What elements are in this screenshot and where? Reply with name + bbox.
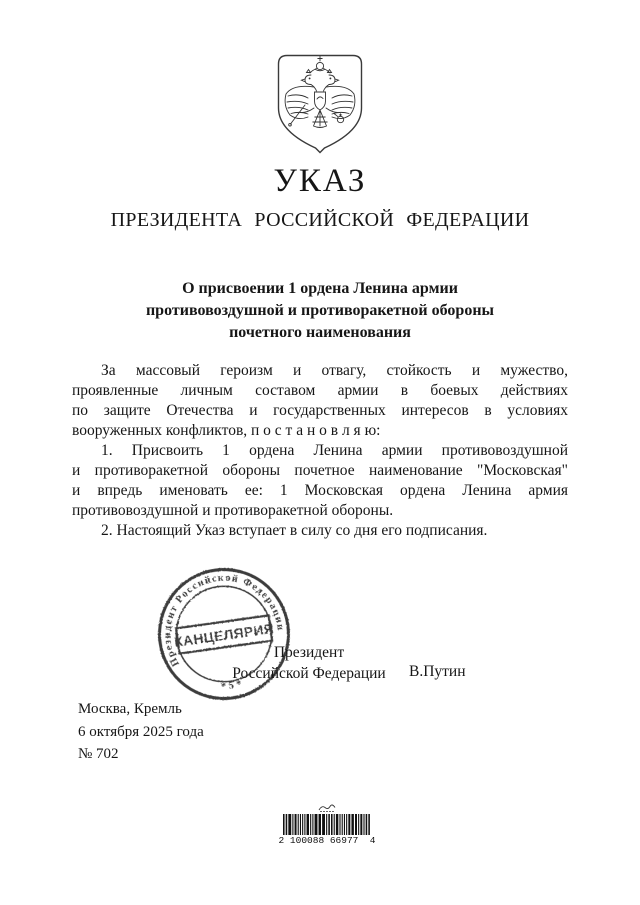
body-line: 2. Настоящий Указ вступает в силу со дня… [72,521,568,541]
doc-title-line: почетного наименования [0,322,640,344]
footer-place: Москва, Кремль [78,698,204,721]
signature-office-line: Российской Федерации [229,663,389,684]
body-line: и противоракетной обороны почетное наиме… [72,461,568,481]
russian-coat-of-arms-icon [277,54,363,154]
doc-footer: Москва, Кремль 6 октября 2025 года № 702 [78,698,204,766]
double-headed-eagle [285,57,355,128]
signature-name: В.Путин [409,663,466,681]
footer-number: № 702 [78,743,204,766]
doc-issuer-heading: ПРЕЗИДЕНТА РОССИЙСКОЙ ФЕДЕРАЦИИ [0,209,640,232]
footer-date: 6 октября 2025 года [78,721,204,744]
doc-title: О присвоении 1 ордена Ленина армии проти… [0,278,640,344]
small-print-mark-icon [317,804,337,813]
body-line: по защите Отечества и государственных ин… [72,401,568,421]
signature-office: Президент Российской Федерации [229,642,389,684]
body-line: и впредь именовать ее: 1 Московская орде… [72,481,568,501]
body-line: проявленные личным составом армии в боев… [72,381,568,401]
chancellery-stamp-icon: Президент Российской Федерации * 5 * КАН… [147,557,301,711]
barcode-digits: 2 100088 66977 4 [277,835,377,846]
doc-body: За массовый героизм и отвагу, стойкость … [72,361,568,541]
body-line: За массовый героизм и отвагу, стойкость … [72,361,568,381]
barcode-bars [283,814,371,835]
body-line: вооруженных конфликтов, п о с т а н о в … [72,421,568,441]
doc-title-line: противовоздушной и противоракетной оборо… [0,300,640,322]
doc-type-heading: УКАЗ [0,163,640,200]
signature-office-line: Президент [229,642,389,663]
doc-title-line: О присвоении 1 ордена Ленина армии [0,278,640,300]
body-line: 1. Присвоить 1 ордена Ленина армии проти… [72,441,568,461]
body-line: противовоздушной и противоракетной оборо… [72,501,568,521]
decree-page: УКАЗ ПРЕЗИДЕНТА РОССИЙСКОЙ ФЕДЕРАЦИИ О п… [0,0,640,905]
barcode-block: 2 100088 66977 4 [277,804,377,846]
